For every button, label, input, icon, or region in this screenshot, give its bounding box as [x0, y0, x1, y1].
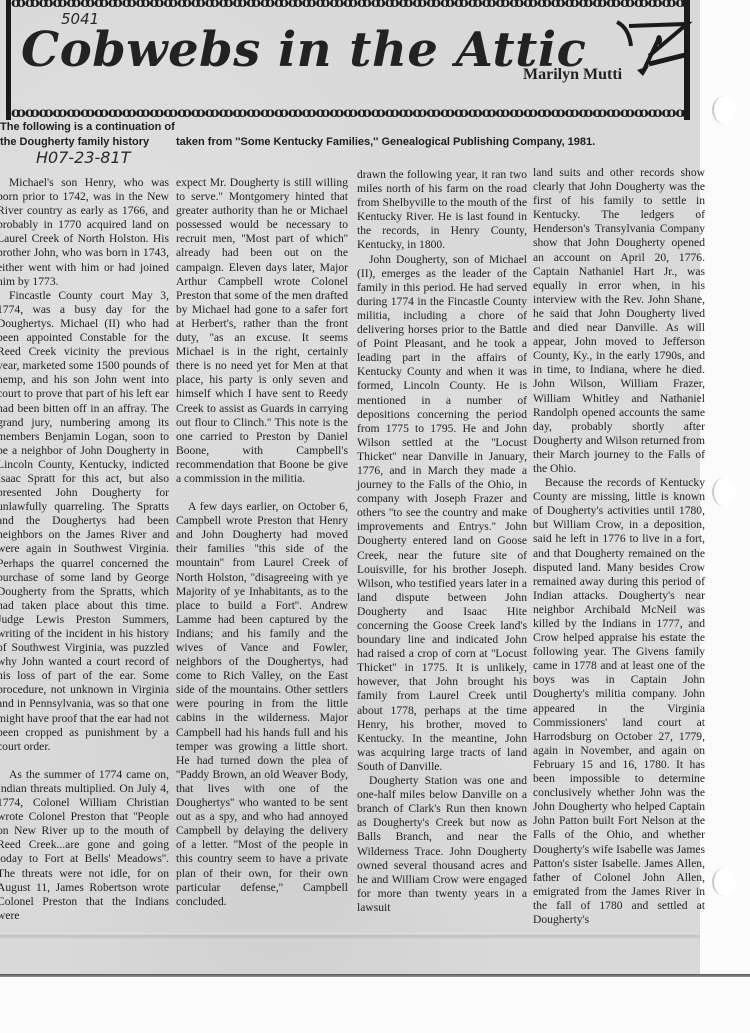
quill-pen-icon: [609, 16, 694, 76]
column-title: Cobwebs in the Attic: [21, 22, 586, 78]
paragraph: As the summer of 1774 came on, Indian th…: [0, 768, 169, 923]
paper-crease: [0, 933, 700, 939]
decorative-border-top: ꝏꝏꝏꝏꝏꝏꝏꝏꝏꝏꝏꝏꝏꝏꝏꝏꝏꝏꝏꝏꝏꝏꝏꝏꝏꝏꝏꝏꝏꝏꝏꝏꝏꝏꝏꝏꝏꝏꝏꝏ…: [11, 0, 684, 10]
clipping-bottom-edge: [0, 974, 750, 977]
paragraph: Fincastle County court May 3, 1774, was …: [0, 289, 169, 754]
punch-hole-icon: [712, 96, 736, 124]
punch-hole-icon: [712, 868, 736, 896]
newspaper-clipping: ꝏꝏꝏꝏꝏꝏꝏꝏꝏꝏꝏꝏꝏꝏꝏꝏꝏꝏꝏꝏꝏꝏꝏꝏꝏꝏꝏꝏꝏꝏꝏꝏꝏꝏꝏꝏꝏꝏꝏꝏ…: [0, 0, 700, 974]
column-masthead: ꝏꝏꝏꝏꝏꝏꝏꝏꝏꝏꝏꝏꝏꝏꝏꝏꝏꝏꝏꝏꝏꝏꝏꝏꝏꝏꝏꝏꝏꝏꝏꝏꝏꝏꝏꝏꝏꝏꝏꝏ…: [6, 0, 690, 120]
decorative-border-bottom: ꝏꝏꝏꝏꝏꝏꝏꝏꝏꝏꝏꝏꝏꝏꝏꝏꝏꝏꝏꝏꝏꝏꝏꝏꝏꝏꝏꝏꝏꝏꝏꝏꝏꝏꝏꝏꝏꝏꝏꝏ…: [11, 108, 684, 120]
paragraph: land suits and other records show clearl…: [533, 166, 705, 476]
paragraph: Because the records of Kentucky County a…: [533, 476, 705, 927]
article-column-3: drawn the following year, it ran two mil…: [357, 168, 527, 915]
article-column-2: expect Mr. Dougherty is still willing to…: [176, 176, 348, 909]
paragraph: Dougherty Station was one and one-half m…: [357, 774, 527, 915]
paragraph: John Dougherty, son of Michael (II), eme…: [357, 253, 527, 774]
paragraph: A few days earlier, on October 6, Campbe…: [176, 500, 348, 909]
article-column-1: Michael's son Henry, who was born prior …: [0, 176, 169, 923]
intro-source-citation: taken from ''Some Kentucky Families,'' G…: [176, 135, 656, 150]
intro-note-left: The following is a continuation of the D…: [0, 120, 170, 150]
intro-line-1: The following is a continuation of: [0, 120, 170, 135]
handwritten-date-code: H07-23-81T: [36, 148, 130, 167]
paragraph: expect Mr. Dougherty is still willing to…: [176, 176, 348, 486]
paragraph: drawn the following year, it ran two mil…: [357, 168, 527, 253]
article-column-4: land suits and other records show clearl…: [533, 166, 705, 927]
author-byline: Marilyn Mutti: [523, 66, 622, 84]
punch-hole-icon: [712, 478, 736, 506]
paragraph: Michael's son Henry, who was born prior …: [0, 176, 169, 289]
